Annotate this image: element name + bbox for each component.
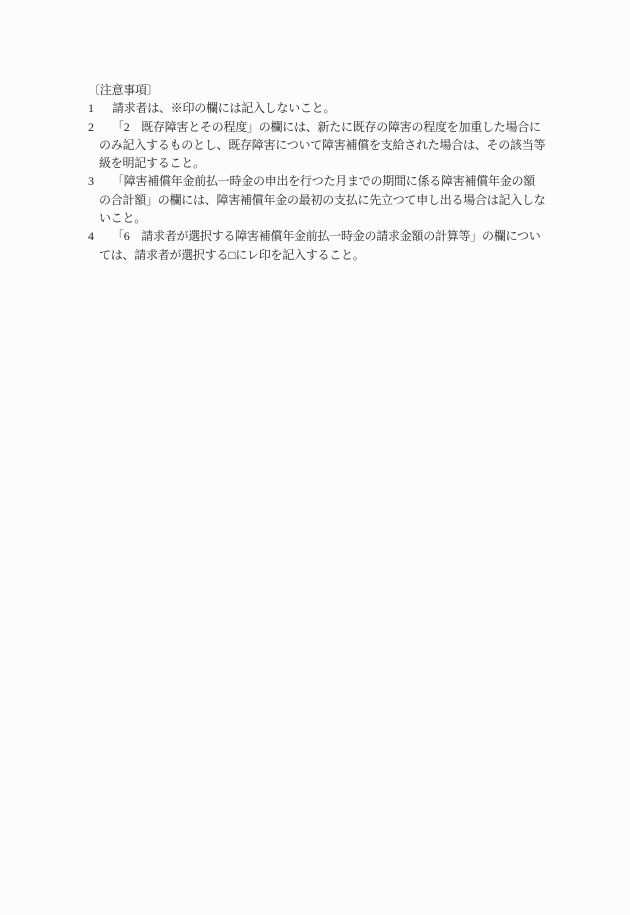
note-item-3: 3 「障害補償年金前払一時金の申出を行つた月までの期間に係る障害補償年金の額 の… xyxy=(88,172,588,227)
note-number: 2 xyxy=(88,118,99,136)
notes-heading: 〔注意事項〕 xyxy=(88,81,588,99)
note-text: 「2 既存障害とその程度」の欄には、新たに既存の障害の程度を加重した場合に のみ… xyxy=(99,118,588,173)
document-page: 〔注意事項〕 1 請求者は、※印の欄には記入しないこと。 2 「2 既存障害とそ… xyxy=(0,0,630,915)
note-item-4: 4 「6 請求者が選択する障害補償年金前払一時金の請求金額の計算等」の欄につい … xyxy=(88,227,588,264)
note-number: 3 xyxy=(88,172,99,190)
note-number: 1 xyxy=(88,99,99,117)
note-text: 請求者は、※印の欄には記入しないこと。 xyxy=(99,99,588,117)
notes-section: 〔注意事項〕 1 請求者は、※印の欄には記入しないこと。 2 「2 既存障害とそ… xyxy=(88,81,588,264)
note-text: 「障害補償年金前払一時金の申出を行つた月までの期間に係る障害補償年金の額 の合計… xyxy=(99,172,588,227)
note-item-2: 2 「2 既存障害とその程度」の欄には、新たに既存の障害の程度を加重した場合に … xyxy=(88,118,588,173)
note-text: 「6 請求者が選択する障害補償年金前払一時金の請求金額の計算等」の欄につい ては… xyxy=(99,227,588,264)
note-number: 4 xyxy=(88,227,99,245)
note-item-1: 1 請求者は、※印の欄には記入しないこと。 xyxy=(88,99,588,117)
